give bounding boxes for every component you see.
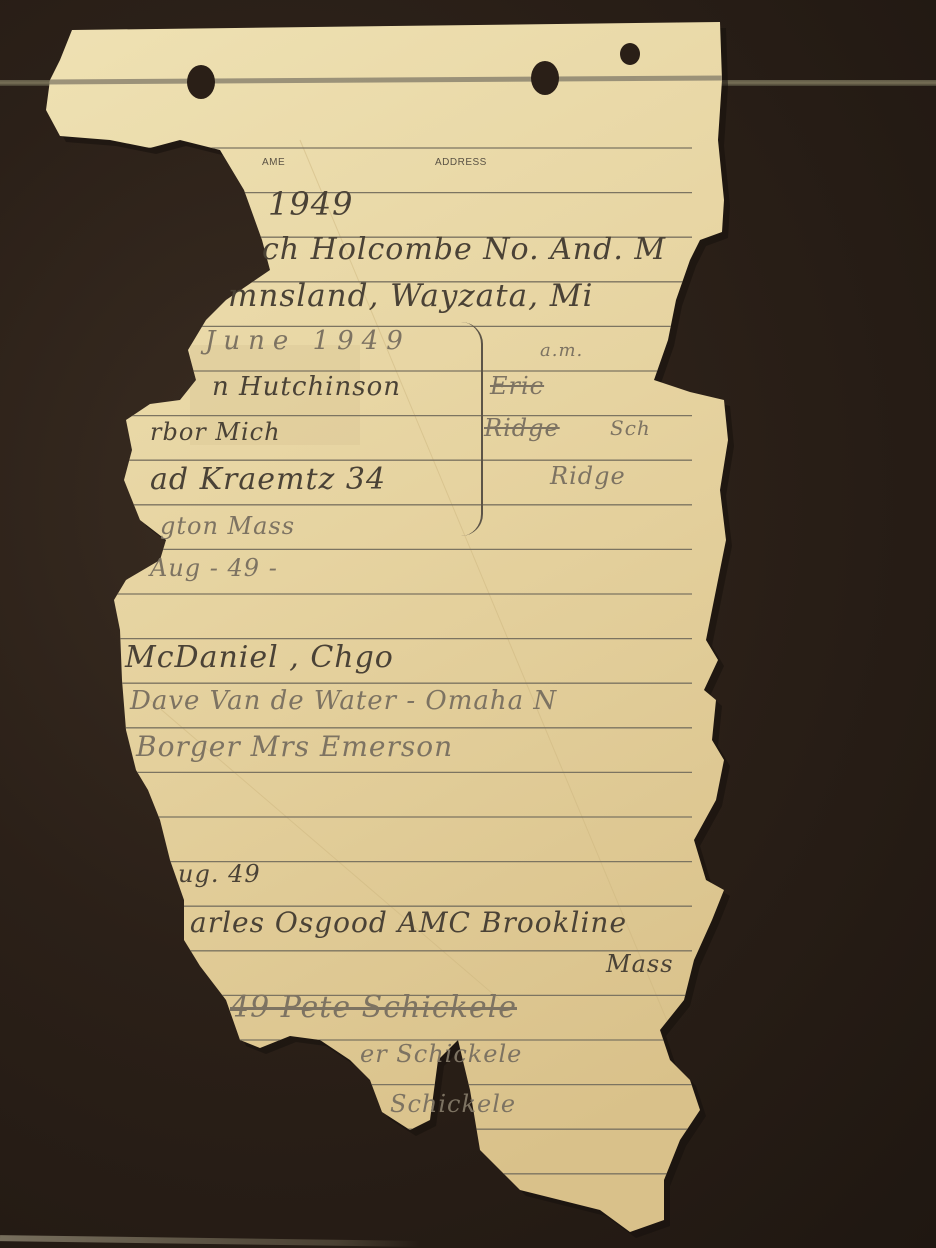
punch-hole: [187, 65, 215, 99]
entry-schickele-2: er Schickele: [360, 1040, 522, 1068]
pencil-brace: [455, 322, 483, 536]
entry-mass-1: gton Mass: [160, 512, 295, 540]
column-header-address: ADDRESS: [435, 157, 487, 168]
entry-aug-date-2: ug. 49: [178, 860, 261, 888]
entry-van-de-water: Dave Van de Water - Omaha N: [130, 686, 557, 716]
note-ridge-struck: Ridge: [484, 414, 560, 442]
entry-kraemtz: ad Kraemtz 34: [150, 462, 386, 497]
entry-borger: Borger Mrs Emerson: [136, 730, 453, 763]
note-sch: Sch: [610, 416, 651, 440]
entry-aug-date-1: Aug - 49 -: [150, 554, 278, 582]
entry-year: 1949: [268, 185, 353, 223]
punch-hole: [531, 61, 559, 95]
note-ridge: Ridge: [550, 462, 626, 490]
entry-mcdaniel: McDaniel , Chgo: [125, 640, 394, 675]
column-header-name: AME: [262, 157, 285, 168]
entry-schickele-3: Schickele: [390, 1090, 516, 1118]
note-am: a.m.: [540, 340, 583, 361]
entry-schickele-struck: 49 Pete Schickele: [230, 990, 517, 1025]
entry-june-date: June 1949: [205, 326, 411, 356]
entry-holcombe: ch Holcombe No. And. M: [262, 232, 666, 267]
entry-hutchinson: n Hutchinson: [212, 372, 401, 402]
entry-osgood: arles Osgood AMC Brookline: [190, 906, 627, 939]
entry-mass-2: Mass: [606, 950, 674, 978]
punch-hole: [620, 43, 640, 65]
entry-mich: rbor Mich: [150, 418, 281, 446]
note-eric: Eric: [490, 372, 544, 400]
entry-wayzata: mnsland, Wayzata, Mi: [228, 278, 593, 314]
